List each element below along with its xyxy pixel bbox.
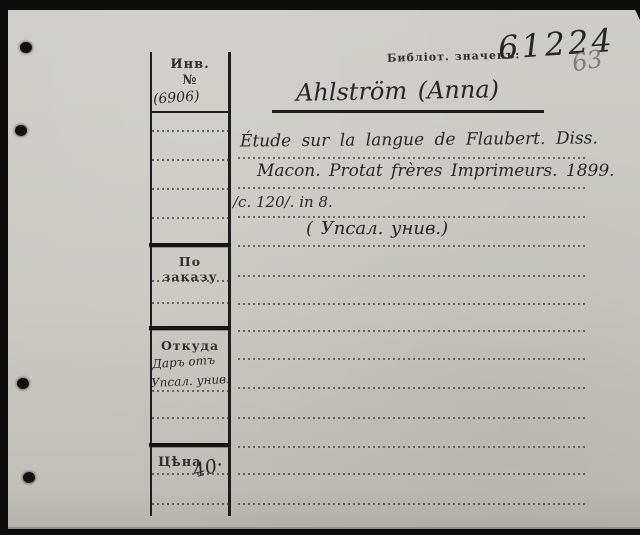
ruled-line [238, 473, 586, 475]
pencil-number: 63 [570, 45, 605, 78]
punch-hole-mark [17, 378, 29, 389]
inventory-number-sign: № [150, 73, 230, 88]
ruled-line [152, 159, 228, 161]
ruled-line [238, 387, 586, 389]
ruled-line [152, 417, 228, 419]
ruled-line [238, 275, 586, 277]
section-divider [149, 443, 231, 447]
collation-note: /c. 120/. in 8. [233, 193, 333, 211]
inventory-value: (6906) [152, 88, 200, 107]
ruled-line [152, 503, 228, 505]
punch-hole-mark [15, 125, 27, 136]
author-heading: Ahlström (Anna) [296, 75, 499, 107]
ruled-line [238, 157, 586, 159]
ruled-line [152, 130, 228, 132]
title-line-2: Macon. Protat frères Imprimeurs. 1899. [257, 161, 615, 181]
ruled-line [152, 302, 228, 304]
ruled-line [238, 330, 586, 332]
order-label: По заказу [150, 254, 230, 284]
inventory-label: Инв. [150, 57, 230, 72]
ruled-line [152, 217, 228, 219]
ruled-line [238, 245, 586, 247]
ruled-line [152, 111, 228, 113]
title-line-1: Étude sur la langue de Flaubert. Diss. [240, 128, 598, 151]
ruled-line [152, 390, 228, 392]
section-divider [149, 243, 231, 247]
ruled-line [238, 303, 586, 305]
ruled-line [152, 188, 228, 190]
ruled-line [238, 503, 586, 505]
section-divider [149, 326, 231, 330]
ruled-line [238, 358, 586, 360]
scanned-catalog-card: Библіот. значекъ: 61224 63 Инв. № (6906)… [0, 0, 640, 535]
origin-label: Откуда [150, 338, 230, 353]
ruled-line [238, 417, 586, 419]
ruled-line [238, 446, 586, 448]
author-underline [272, 110, 544, 113]
punch-hole-mark [20, 42, 32, 53]
provenance-note: ( Упсал. унив.) [306, 218, 448, 239]
punch-hole-mark [23, 472, 35, 483]
ruled-line [238, 187, 586, 189]
